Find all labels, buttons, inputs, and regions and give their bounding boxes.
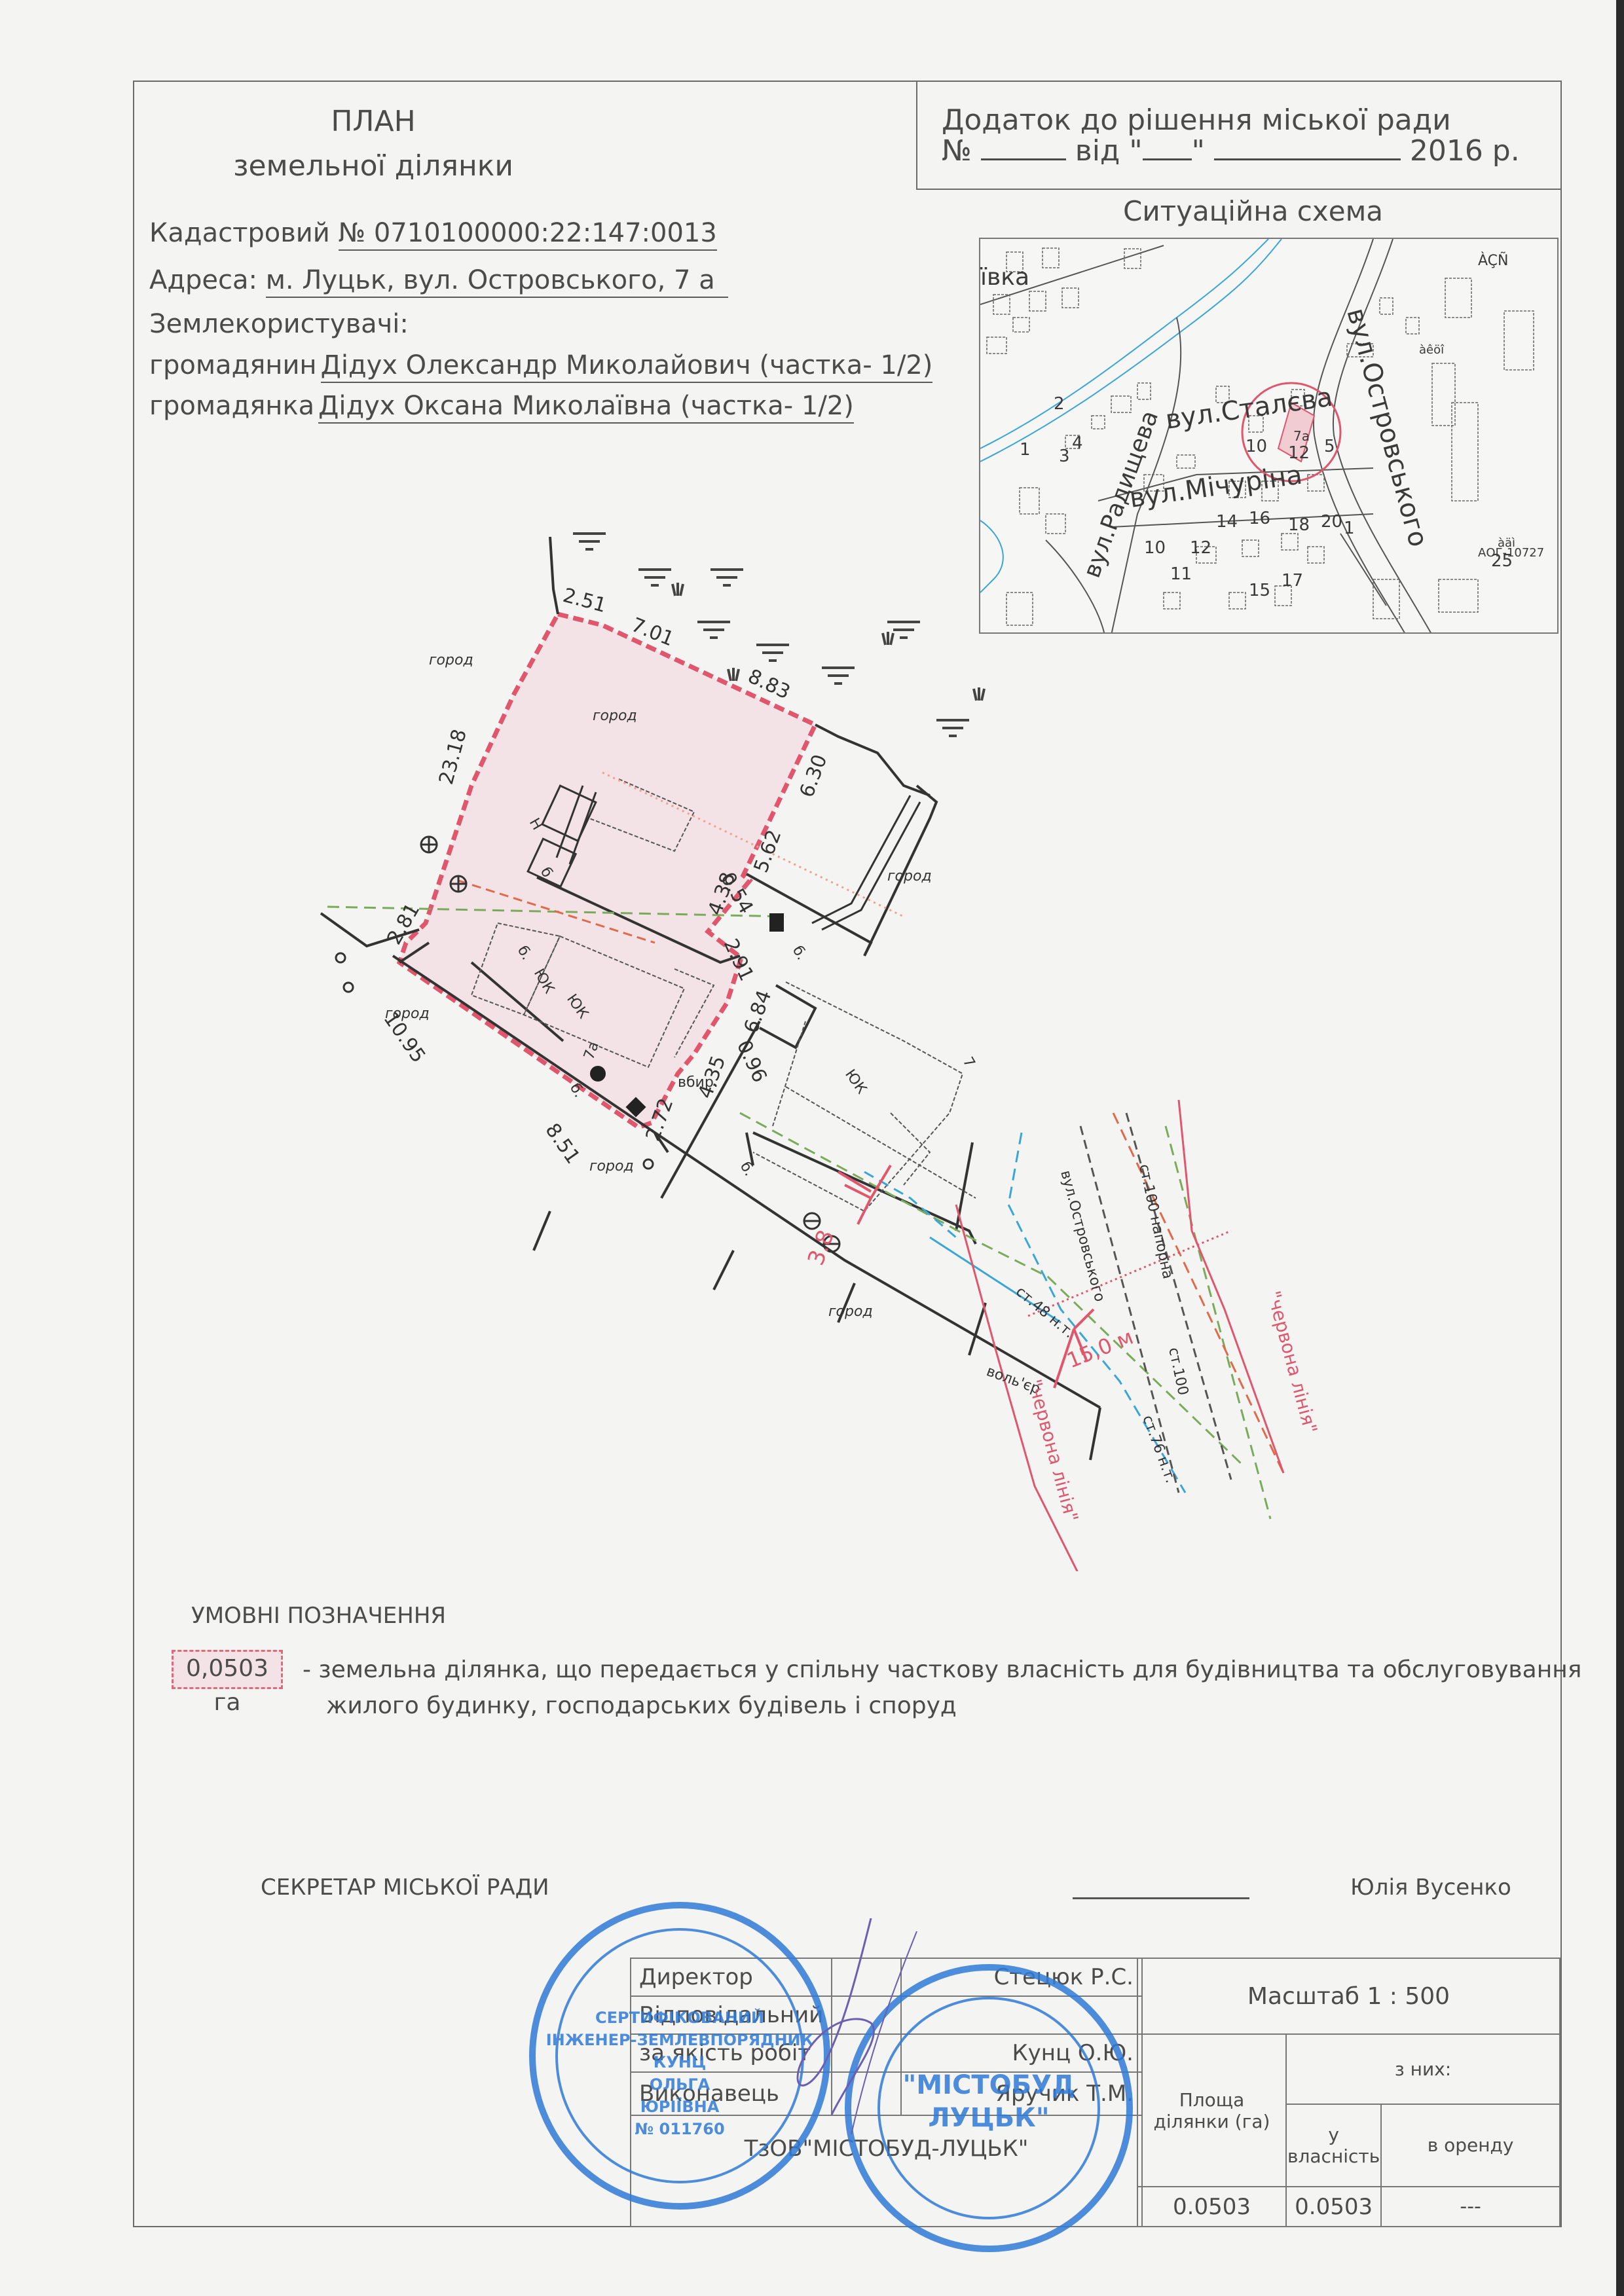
svg-text:8.51: 8.51 (540, 1120, 584, 1169)
svg-text:вул.Островського: вул.Островського (1057, 1169, 1108, 1303)
svg-text:город: город (385, 1006, 430, 1022)
ownership-header: у власність (1286, 2104, 1381, 2187)
legend-description-2: жилого будинку, господарських будівель і… (326, 1689, 957, 1723)
svg-text:город: город (429, 652, 473, 668)
svg-text:город: город (593, 708, 637, 724)
svg-text:ст.48 н.т.: ст.48 н.т. (1012, 1283, 1077, 1341)
svg-text:6.84: 6.84 (740, 987, 777, 1036)
svg-text:ст.76 н.т.: ст.76 н.т. (1139, 1413, 1178, 1485)
svg-text:б.: б. (789, 943, 810, 963)
area-table: Масштаб 1 : 500 Площа ділянки (га) з них… (1137, 1958, 1560, 2227)
signature-scribble (773, 1918, 943, 2134)
svg-text:город: город (828, 1303, 873, 1320)
well-symbol (590, 1066, 606, 1082)
secretary-signature-line (1073, 1897, 1249, 1899)
svg-text:23.18: 23.18 (435, 727, 471, 787)
svg-text:ЮК: ЮК (841, 1066, 870, 1097)
svg-text:город: город (887, 868, 932, 884)
hatch-symbol (769, 913, 784, 932)
svg-text:б.: б. (737, 1159, 758, 1179)
lease-value: --- (1381, 2187, 1560, 2227)
land-plan-drawing: 2.517.018.836.305.620.544.382.916.840.96… (0, 0, 1624, 1571)
secretary-title: СЕКРЕТАР МІСЬКОЇ РАДИ (261, 1874, 549, 1901)
svg-text:7: 7 (959, 1055, 978, 1071)
area-header: Площа ділянки (га) (1137, 2034, 1286, 2187)
legend-title: УМОВНІ ПОЗНАЧЕННЯ (191, 1603, 446, 1629)
svg-text:2.51: 2.51 (561, 584, 609, 617)
svg-text:"червона лінія": "червона лінія" (1024, 1377, 1082, 1524)
svg-text:ст.100: ст.100 (1165, 1346, 1191, 1396)
svg-text:3.8: 3.8 (803, 1227, 840, 1269)
lease-header: в оренду (1381, 2104, 1560, 2187)
scale: Масштаб 1 : 500 (1137, 1958, 1560, 2034)
of-them-header: з них: (1286, 2034, 1560, 2104)
legend-parcel-swatch: 0,0503 га (172, 1650, 283, 1689)
secretary-name: Юлія Вусенко (1350, 1874, 1511, 1901)
svg-text:ст.100 напорна: ст.100 напорна (1135, 1163, 1176, 1281)
area-value: 0.0503 (1137, 2187, 1286, 2227)
svg-text:город: город (589, 1158, 634, 1175)
ownership-value: 0.0503 (1286, 2187, 1381, 2227)
svg-text:"червона лінія": "червона лінія" (1263, 1288, 1321, 1436)
svg-text:вбир.: вбир. (678, 1074, 718, 1091)
legend-description-1: - земельна ділянка, що передається у спі… (303, 1653, 1581, 1687)
